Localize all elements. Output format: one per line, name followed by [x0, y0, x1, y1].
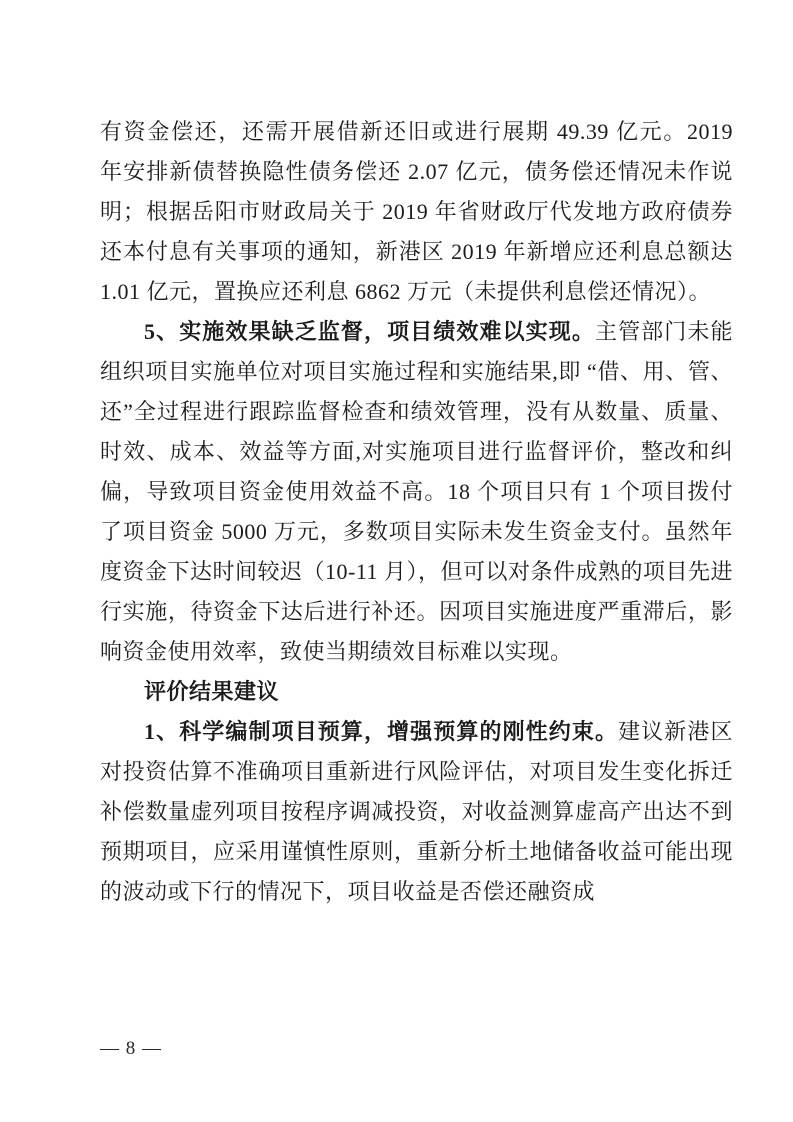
para-issue-5-supervision: 5、实施效果缺乏监督，项目绩效难以实现。主管部门未能组织项目实施单位对项目实施过… [100, 312, 733, 672]
text-run-bold: 5、实施效果缺乏监督，项目绩效难以实现。 [144, 319, 595, 344]
document-body: 有资金偿还，还需开展借新还旧或进行展期 49.39 亿元。2019 年安排新债替… [100, 112, 733, 912]
para-recommendation-1-budget: 1、科学编制项目预算，增强预算的刚性约束。建议新港区对投资估算不准确项目重新进行… [100, 712, 733, 912]
text-run: 建议新港区对投资估算不准确项目重新进行风险评估，对项目发生变化拆迁补偿数量虚列项… [100, 719, 733, 904]
text-run-bold: 1、科学编制项目预算，增强预算的刚性约束。 [144, 719, 618, 744]
text-run-bold: 评价结果建议 [144, 679, 279, 704]
page-number: — 8 — [100, 1038, 162, 1060]
text-run: 有资金偿还，还需开展借新还旧或进行展期 49.39 亿元。2019 年安排新债替… [100, 119, 733, 304]
document-page: 有资金偿还，还需开展借新还旧或进行展期 49.39 亿元。2019 年安排新债替… [0, 0, 793, 1122]
heading-evaluation-recommendations: 评价结果建议 [100, 672, 733, 712]
para-debt-repayment-continuation: 有资金偿还，还需开展借新还旧或进行展期 49.39 亿元。2019 年安排新债替… [100, 112, 733, 312]
text-run: 主管部门未能组织项目实施单位对项目实施过程和实施结果,即 “借、用、管、还”全过… [100, 319, 733, 664]
